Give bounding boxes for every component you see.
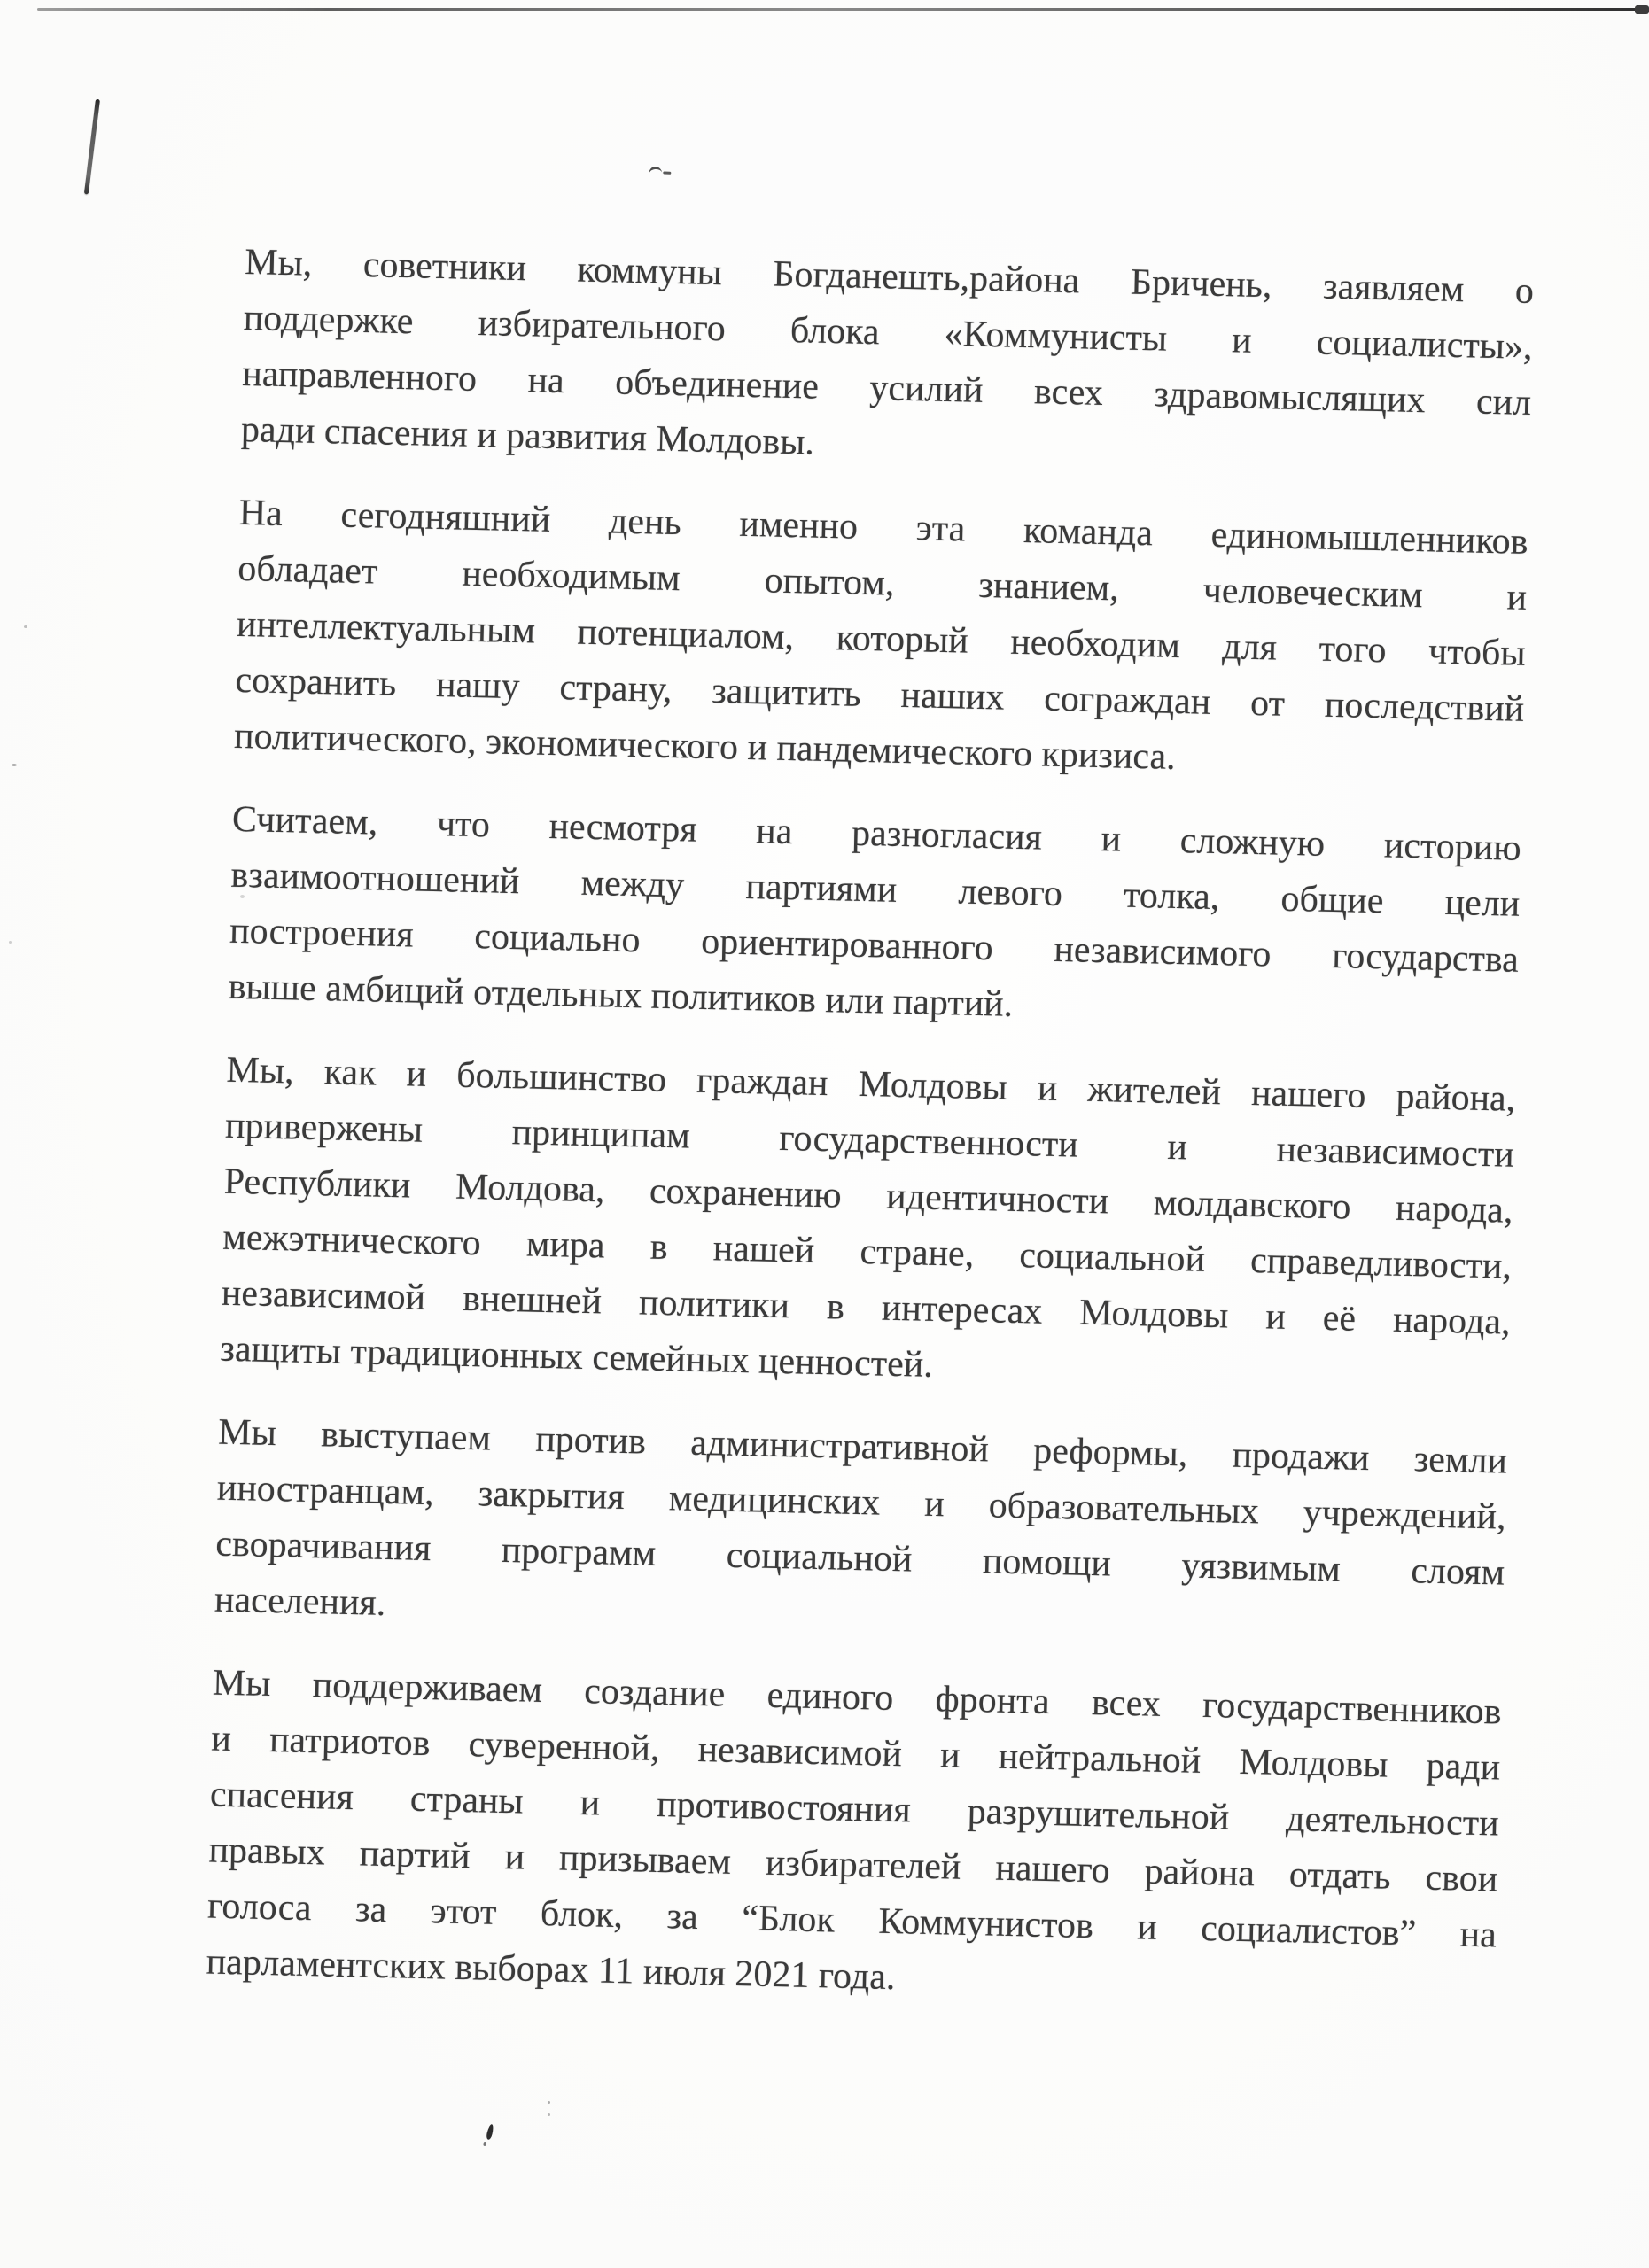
paragraph-6: Мы поддерживаем создание единого фронта … — [206, 1656, 1502, 2020]
paragraph-1: Мы, советники коммуны Богданешть,района … — [240, 235, 1534, 487]
paragraph-3: Считаем, что несмотря на разногласия и с… — [228, 792, 1521, 1045]
scan-speck — [24, 625, 27, 628]
ink-squiggle-mark — [649, 166, 663, 176]
scanned-document-page: Мы, советники коммуны Богданешть,района … — [0, 0, 1649, 2268]
pen-stroke-mark — [84, 99, 100, 195]
ink-comma-mark — [486, 2124, 494, 2140]
faint-colon-mark — [548, 2101, 550, 2104]
scan-speck — [9, 941, 12, 944]
scan-edge-line — [37, 8, 1649, 11]
scan-speck — [12, 764, 17, 766]
paragraph-2: На сегодняшний день именно эта команда е… — [233, 485, 1528, 794]
paragraph-5: Мы выступаем против административной реф… — [214, 1405, 1507, 1658]
document-text-block: Мы, советники коммуны Богданешть,района … — [206, 235, 1535, 2020]
paragraph-4: Мы, как и большинство граждан Молдовы и … — [220, 1043, 1516, 1407]
